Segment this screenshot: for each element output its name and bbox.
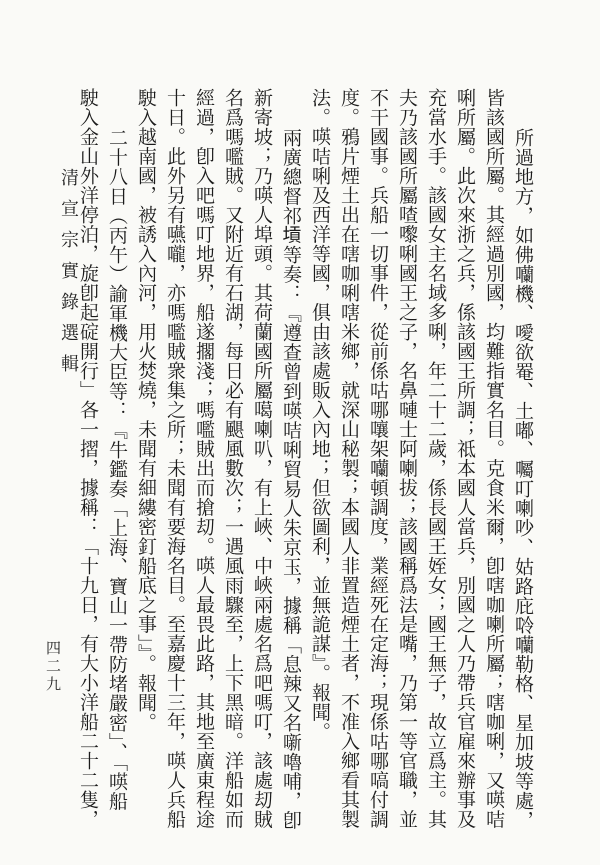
text-column: 名爲嗎嚂賊。又附近有石湖，每日必有颶風數次；一遇風雨驟至，上下黑暗。洋船如而 [218,88,247,836]
text-column: 唎所屬。此次來浙之兵，係該國王所調；祗本國人當兵，別國之人乃帶兵官雇來辦事及 [450,88,479,836]
text-column: 駛入金山外洋停泊，旋卽起碇開行」各一摺，據稱：「十九日，有大小洋船二十二隻， [73,88,102,836]
page-number: 四二九 [42,640,63,694]
text-column: 二十八日（丙午）諭軍機大臣等：『牛鑑奏「上海、寶山一帶防堵嚴密」、「𠸄船 [102,88,131,836]
text-column: 不干國事。兵船一切事件，從前係咕哪嚷架囒頓調度，業經死在定海；現係咕哪嗃付調 [363,88,392,836]
main-text-block: 所過地方，如佛囒機、噯欲罨、土嘟、囑叮喇吵、姑路庇唥囒勒格、星加坡等處，皆該國所… [73,88,537,836]
text-column: 夫乃該國所屬喳嚟唎國王之子，名鼻嗹士阿喇拔；該國稱爲法是嘴，乃第一等官職，並 [392,88,421,836]
text-column: 經過，卽入吧嗎叮地界，船遂擱淺；嗎嚂賊出而搶刧。𠸄人最畏此路，其地至廣東程途 [189,88,218,836]
text-column: 充當水手。該國女主名域多唎，年二十二歲，係長國王姪女；國王無子，故立爲主。其 [421,88,450,836]
text-column: 駛入越南國，被誘入內河，用火焚燒，未聞有細縷密釘船底之事」』。報聞。 [131,88,160,836]
scanned-book-page: 清宣宗實錄選輯 四二九 所過地方，如佛囒機、噯欲罨、土嘟、囑叮喇吵、姑路庇唥囒勒… [0,0,600,865]
text-column: 所過地方，如佛囒機、噯欲罨、土嘟、囑叮喇吵、姑路庇唥囒勒格、星加坡等處， [508,88,537,836]
text-column: 新寄坡；乃𠸄人埠頭。其荷蘭國所屬噶喇叭，有上峽、中峽兩處名爲吧嗎叮，該處刧賊 [247,88,276,836]
text-column: 兩廣總督祁𡎴等奏：『遵查曾到𠸄咭唎貿易人朱京玉，據稱「息辣又名噺嚕哺，卽 [276,88,305,836]
text-column: 法。𠸄咭唎及西洋等國，俱由該處販入內地；但欲圖利，並無詭謀』。報聞。 [305,88,334,836]
text-column: 皆該國所屬。其經過別國，均難指實名目。克食米爾，卽嗐咖喇所屬；嗐咖唎，又𠸄咭 [479,88,508,836]
text-column: 十日。此外另有嚥嚨，亦嗎嚂賊衆集之所；未聞有要海名目。至嘉慶十三年，𠸄人兵船 [160,88,189,836]
text-column: 度。鴉片煙土出在嗐咖唎嗐米鄉，就深山秘製；本國人非置造煙土者，不准入鄉看其製 [334,88,363,836]
